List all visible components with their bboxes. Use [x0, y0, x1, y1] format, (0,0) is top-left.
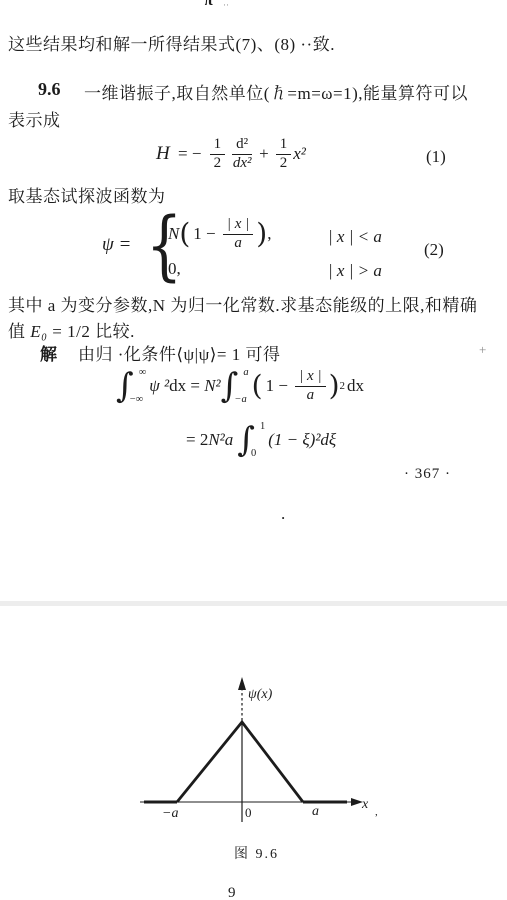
eq1-x-squared: x²: [293, 144, 306, 164]
problem-statement-line1: 一维谐振子,取自然单位(ℏ=m=ω=1),能量算符可以: [84, 79, 468, 104]
eq2-number: (2): [424, 240, 444, 260]
eq3-left-paren: (: [252, 372, 263, 400]
eq2-case2: 0,: [168, 259, 181, 279]
top-cutoff-fragment: π: [204, 0, 213, 10]
where-line2-pre: 值: [8, 322, 30, 341]
equation-1: H = − 1 2 d² dx² + 1 2 x²: [156, 134, 306, 174]
eq2-psi-equals: ψ =: [102, 234, 131, 256]
where-paragraph-line1: 其中 a 为变分参数,N 为归一化常数.求基态能级的上限,和精确: [8, 291, 477, 316]
eq3-limits-2: a −a: [238, 367, 248, 405]
scan-seam: [0, 601, 507, 606]
bottom-cutoff-fragment: 9: [228, 885, 236, 900]
stray-dot-artifact: .: [281, 504, 285, 524]
eq1-fraction-half-2: 1 2: [276, 137, 292, 172]
eq1-H: H: [156, 143, 170, 165]
equation-normalization: ∫ ∞ −∞ ψ ² dx = N² ∫ a −a ( 1 − | x | a …: [116, 364, 364, 408]
equation-substitution: = 2 N²a ∫ 1 0 (1 − ξ)²dξ: [186, 418, 336, 462]
where-line2-E0: E₀: [30, 322, 47, 341]
eq4-N2a: N²a: [208, 430, 233, 450]
intro-paragraph: 这些结果均和解一所得结果式(7)、(8) ··致.: [8, 30, 335, 55]
eq4-integrand: (1 − ξ)²dξ: [268, 430, 336, 450]
plus-scan-artifact: +: [479, 342, 486, 358]
eq1-fraction-derivative: d² dx²: [232, 137, 252, 172]
eq2-comma: ,: [267, 224, 271, 244]
figure-comma-artifact: ,: [375, 806, 378, 818]
eq3-right-paren: ): [329, 372, 340, 400]
eq4-limits: 1 0: [255, 421, 265, 459]
eq2-right-paren: ): [256, 220, 267, 248]
scanned-textbook-page: π ·· 这些结果均和解一所得结果式(7)、(8) ··致. 9.6 一维谐振子…: [0, 0, 507, 900]
trial-wavefunction-intro: 取基态试探波函数为: [8, 182, 166, 207]
where-line2-post: = 1/2 比较.: [48, 322, 135, 341]
eq3-power-2: 2: [340, 380, 346, 392]
figure-tick-neg-a: −a: [162, 806, 178, 821]
eq3-one-minus: 1 −: [266, 376, 293, 396]
solution-label: 解: [40, 340, 58, 365]
figure-caption: 图 9.6: [234, 843, 279, 863]
eq2-condition2: | x | > a: [328, 261, 382, 281]
eq2-fraction-abs-x-over-a: | x | a: [223, 217, 253, 252]
eq3-limits-1: ∞ −∞: [134, 367, 147, 405]
y-axis-arrow: [238, 677, 246, 690]
eq1-relation: = −: [174, 144, 206, 164]
solution-text: 由归 ·化条件⟨ψ|ψ⟩= 1 可得: [78, 340, 280, 365]
psi-triangle-curve: [177, 722, 303, 802]
where-paragraph-line2: 值 E₀ = 1/2 比较.: [8, 317, 135, 342]
figure-x-label: x: [361, 797, 369, 812]
eq3-fraction-abs-x-over-a: | x | a: [295, 369, 325, 404]
page-number: · 367 ·: [404, 466, 451, 483]
problem-statement-line2: 表示成: [8, 106, 61, 131]
eq2-one-minus: 1 −: [193, 224, 220, 244]
eq1-fraction-half-1: 1 2: [210, 137, 226, 172]
top-cutoff-marks: ··: [223, 0, 229, 10]
eq3-dx-equals: dx =: [169, 376, 204, 396]
eq2-case1: N ( 1 − | x | a ) ,: [168, 216, 271, 252]
eq1-plus: +: [259, 144, 269, 164]
eq3-psi-squared: ψ ²: [149, 376, 169, 396]
eq1-number: (1): [426, 147, 446, 167]
figure-9-6-plot: ψ(x) −a 0 a x ,: [118, 670, 388, 838]
eq3-N-squared: N²: [204, 376, 220, 396]
figure-y-label: ψ(x): [248, 687, 273, 702]
eq2-left-paren: (: [179, 220, 190, 248]
figure-tick-a: a: [312, 804, 319, 819]
eq4-equals-2: = 2: [186, 430, 208, 450]
eq2-N: N: [168, 224, 179, 244]
eq2-condition1: | x | < a: [328, 227, 382, 247]
problem-number: 9.6: [38, 79, 61, 100]
eq3-dx: dx: [347, 376, 364, 396]
figure-tick-zero: 0: [245, 805, 252, 820]
